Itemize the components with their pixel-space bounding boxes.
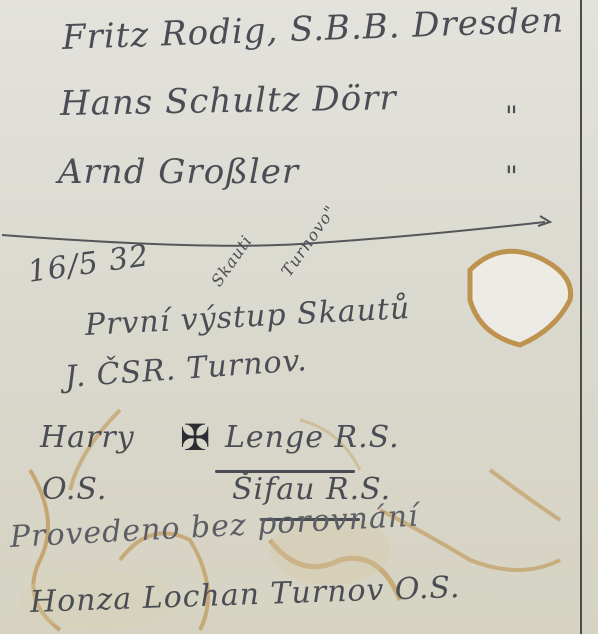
entry-row2: Hans Schultz Dörr: [60, 78, 397, 124]
iron-cross-icon: ✠: [180, 418, 210, 459]
margin-line: [580, 0, 582, 634]
ditto-mark-row2: ": [505, 100, 518, 133]
entry-row6-surname: Lenge R.S.: [225, 420, 400, 455]
document-page: Fritz Rodig, S.B.B. Dresden Hans Schultz…: [0, 0, 598, 634]
entry-row7-left: O.S.: [42, 472, 107, 507]
entry-row6-name: Harry: [40, 420, 135, 455]
entry-row3: Arnd Großler: [58, 152, 299, 192]
ditto-mark-row3: ": [505, 160, 518, 193]
